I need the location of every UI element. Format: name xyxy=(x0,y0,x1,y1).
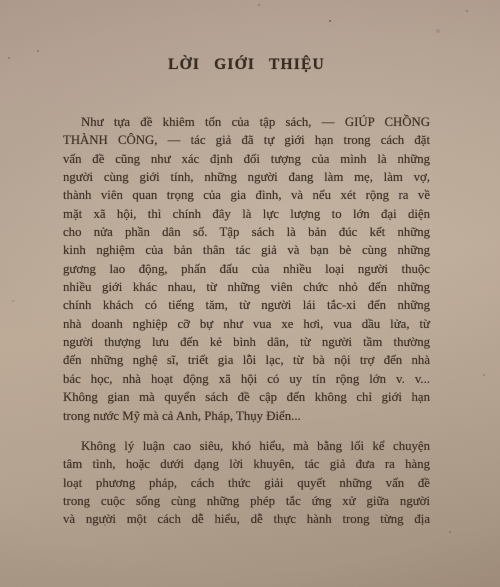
book-page: LỜI GIỚI THIỆU Như tựa đề khiêm tốn của … xyxy=(0,0,500,587)
text-line: nhiều giới khác nhau, từ những viên chức… xyxy=(63,278,430,296)
text-line: bác học, nhà hoạt động xã hội có uy tín … xyxy=(63,370,430,388)
page-title: LỜI GIỚI THIỆU xyxy=(63,56,430,74)
text-line: trong cuộc sống cùng những phép tắc ứng … xyxy=(63,492,430,510)
text-line: chính khách có tiếng tăm, từ người lái t… xyxy=(63,296,430,314)
paragraph: Như tựa đề khiêm tốn của tập sách, — GIÚ… xyxy=(63,113,430,425)
page-content: LỜI GIỚI THIỆU Như tựa đề khiêm tốn của … xyxy=(63,0,430,587)
paper-speck xyxy=(0,0,2,2)
text-line: Không gian mà quyển sách đề cập đến khôn… xyxy=(63,388,430,406)
text-line: nhà doanh nghiệp cỡ bự như vua xe hơi, v… xyxy=(63,315,430,333)
text-line: và người một cách dễ hiểu, dễ thực hành … xyxy=(63,510,430,528)
text-line: người thượng lưu đến kẻ bình dân, từ ngư… xyxy=(63,333,430,351)
text-line: THÀNH CÔNG, — tác giả đã tự giới hạn tro… xyxy=(63,131,430,149)
text-line: người cùng giới tính, những người đang l… xyxy=(63,168,430,186)
text-line: Không lý luận cao siêu, khó hiểu, mà bằn… xyxy=(63,437,430,455)
text-line: cho nửa phần dân số. Tập sách là bản đúc… xyxy=(63,223,430,241)
text-line: đến những nghệ sĩ, triết gia lỗi lạc, từ… xyxy=(63,351,430,369)
text-line: vấn đề cũng như xác định đối tượng của m… xyxy=(63,150,430,168)
text-line: loạt phương pháp, cách thức giải quyết n… xyxy=(63,474,430,492)
text-line: trong nước Mỹ mà cả Anh, Pháp, Thụy Điển… xyxy=(63,407,430,425)
text-line: thành viên quan trọng của gia đình, và n… xyxy=(63,186,430,204)
text-line: kinh nghiệm của bản thân tác giả và bạn … xyxy=(63,241,430,259)
paragraph: Không lý luận cao siêu, khó hiểu, mà bằn… xyxy=(63,437,430,529)
text-block: Như tựa đề khiêm tốn của tập sách, — GIÚ… xyxy=(63,113,430,529)
text-line: mặt xã hội, thì chính đây là lực lượng t… xyxy=(63,205,430,223)
text-line: gương lao động, phấn đấu của nhiều loại … xyxy=(63,260,430,278)
text-line: Như tựa đề khiêm tốn của tập sách, — GIÚ… xyxy=(63,113,430,131)
text-line: tâm tình, hoặc dưới dạng lời khuyên, tác… xyxy=(63,455,430,473)
